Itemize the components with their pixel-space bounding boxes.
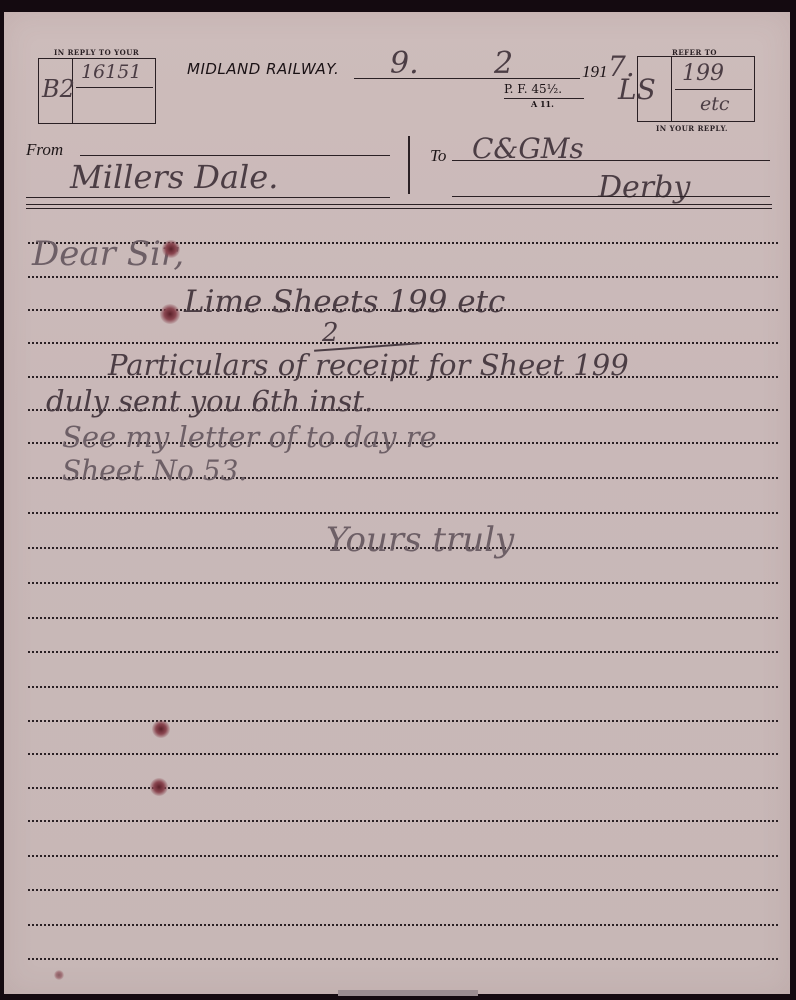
- date-month: 2: [494, 46, 513, 81]
- form-sub: A 11.: [531, 99, 554, 109]
- refer-box: LS 199 etc: [637, 56, 755, 122]
- reply-ref-prefix: B2: [42, 75, 75, 103]
- writing-line: [28, 855, 778, 857]
- refer-box-divider: [671, 57, 672, 121]
- from-rule-1: [80, 155, 390, 156]
- reply-ref-number: 16151: [81, 61, 141, 83]
- pin-hole-stain: [160, 304, 180, 324]
- pin-hole-stain: [54, 970, 64, 980]
- body-line-3: See my letter of to day re: [62, 420, 437, 454]
- refer-box-rule: [675, 89, 752, 90]
- to-rule-2: [452, 196, 770, 197]
- refer-box-label-bottom: IN YOUR REPLY.: [656, 124, 728, 133]
- refer-ref-suffix: etc: [700, 93, 730, 115]
- salutation: Dear Sir,: [32, 234, 184, 274]
- writing-line: [28, 512, 778, 514]
- writing-line: [28, 820, 778, 822]
- body-line-4: Sheet No 53.: [62, 454, 247, 487]
- subject-underline-mark: 2: [322, 318, 339, 348]
- writing-line: [28, 686, 778, 688]
- pin-hole-stain: [150, 778, 168, 796]
- subject-line: Lime Sheets 199 etc: [184, 284, 505, 320]
- from-label: From: [26, 140, 63, 160]
- writing-line: [28, 787, 778, 789]
- writing-line: [28, 753, 778, 755]
- to-label: To: [430, 146, 446, 166]
- header-double-rule-top: [26, 204, 772, 205]
- reply-box-label: IN REPLY TO YOUR: [54, 48, 139, 57]
- pin-hole-stain: [152, 720, 170, 738]
- reply-box-rule: [76, 87, 153, 88]
- paper-tab: [338, 990, 478, 996]
- from-value: Millers Dale.: [70, 158, 278, 196]
- header-double-rule-bottom: [26, 208, 772, 209]
- to-line2: Derby: [598, 170, 690, 205]
- writing-line: [28, 617, 778, 619]
- date-year-prefix: 191: [582, 62, 608, 82]
- writing-line: [28, 582, 778, 584]
- company-name: MIDLAND RAILWAY.: [187, 60, 339, 78]
- date-rule: [354, 78, 580, 79]
- reply-box: B2 16151: [38, 58, 156, 124]
- closing: Yours truly: [326, 520, 514, 560]
- date-day: 9.: [390, 46, 419, 81]
- to-line1: C&GMs: [472, 132, 584, 165]
- writing-line: [28, 276, 778, 278]
- from-rule-2: [26, 197, 390, 198]
- writing-line: [28, 889, 778, 891]
- writing-line: [28, 720, 778, 722]
- body-line-2: duly sent you 6th inst.: [46, 384, 373, 418]
- writing-line: [28, 924, 778, 926]
- refer-ref-prefix: LS: [618, 73, 656, 106]
- form-code: P. F. 45½.: [504, 82, 562, 96]
- body-line-1: Particulars of receipt for Sheet 199: [108, 348, 629, 382]
- pin-hole-stain: [162, 240, 180, 258]
- letter-sheet: IN REPLY TO YOUR B2 16151 MIDLAND RAILWA…: [4, 12, 790, 994]
- writing-line: [28, 651, 778, 653]
- from-to-divider: [408, 136, 410, 194]
- writing-line: [28, 958, 778, 960]
- refer-ref-number: 199: [682, 61, 724, 86]
